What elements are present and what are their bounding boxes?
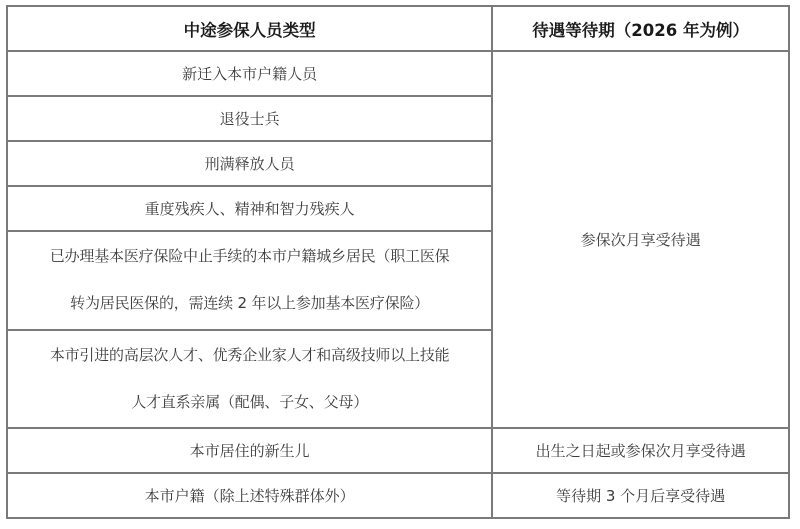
insurance-waiting-period-table: 中途参保人员类型 待遇等待期（2026 年为例） 新迁入本市户籍人员 参保次月享… [6,5,790,519]
table-row: 新迁入本市户籍人员 参保次月享受待遇 [7,51,789,96]
header-participant-type: 中途参保人员类型 [7,6,492,51]
table-header-row: 中途参保人员类型 待遇等待期（2026 年为例） [7,6,789,51]
participant-type-cell: 新迁入本市户籍人员 [7,51,492,96]
participant-type-cell: 重度残疾人、精神和智力残疾人 [7,186,492,231]
header-waiting-period: 待遇等待期（2026 年为例） [492,6,789,51]
waiting-period-cell-merged: 参保次月享受待遇 [492,51,789,428]
participant-type-cell: 本市引进的高层次人才、优秀企业家人才和高级技师以上技能 人才直系亲属（配偶、子女… [7,330,492,428]
waiting-period-cell: 等待期 3 个月后享受待遇 [492,473,789,518]
participant-type-cell: 本市居住的新生儿 [7,428,492,473]
table-row: 本市居住的新生儿 出生之日起或参保次月享受待遇 [7,428,789,473]
participant-type-line: 人才直系亲属（配偶、子女、父母） [12,379,487,426]
participant-type-cell: 已办理基本医疗保险中止手续的本市户籍城乡居民（职工医保 转为居民医保的，需连续 … [7,231,492,329]
participant-type-cell: 退役士兵 [7,96,492,141]
participant-type-line: 转为居民医保的，需连续 2 年以上参加基本医疗保险） [12,280,487,327]
table-row: 本市户籍（除上述特殊群体外） 等待期 3 个月后享受待遇 [7,473,789,518]
participant-type-cell: 本市户籍（除上述特殊群体外） [7,473,492,518]
participant-type-line: 本市引进的高层次人才、优秀企业家人才和高级技师以上技能 [12,332,487,379]
participant-type-line: 已办理基本医疗保险中止手续的本市户籍城乡居民（职工医保 [12,233,487,280]
participant-type-cell: 刑满释放人员 [7,141,492,186]
waiting-period-cell: 出生之日起或参保次月享受待遇 [492,428,789,473]
